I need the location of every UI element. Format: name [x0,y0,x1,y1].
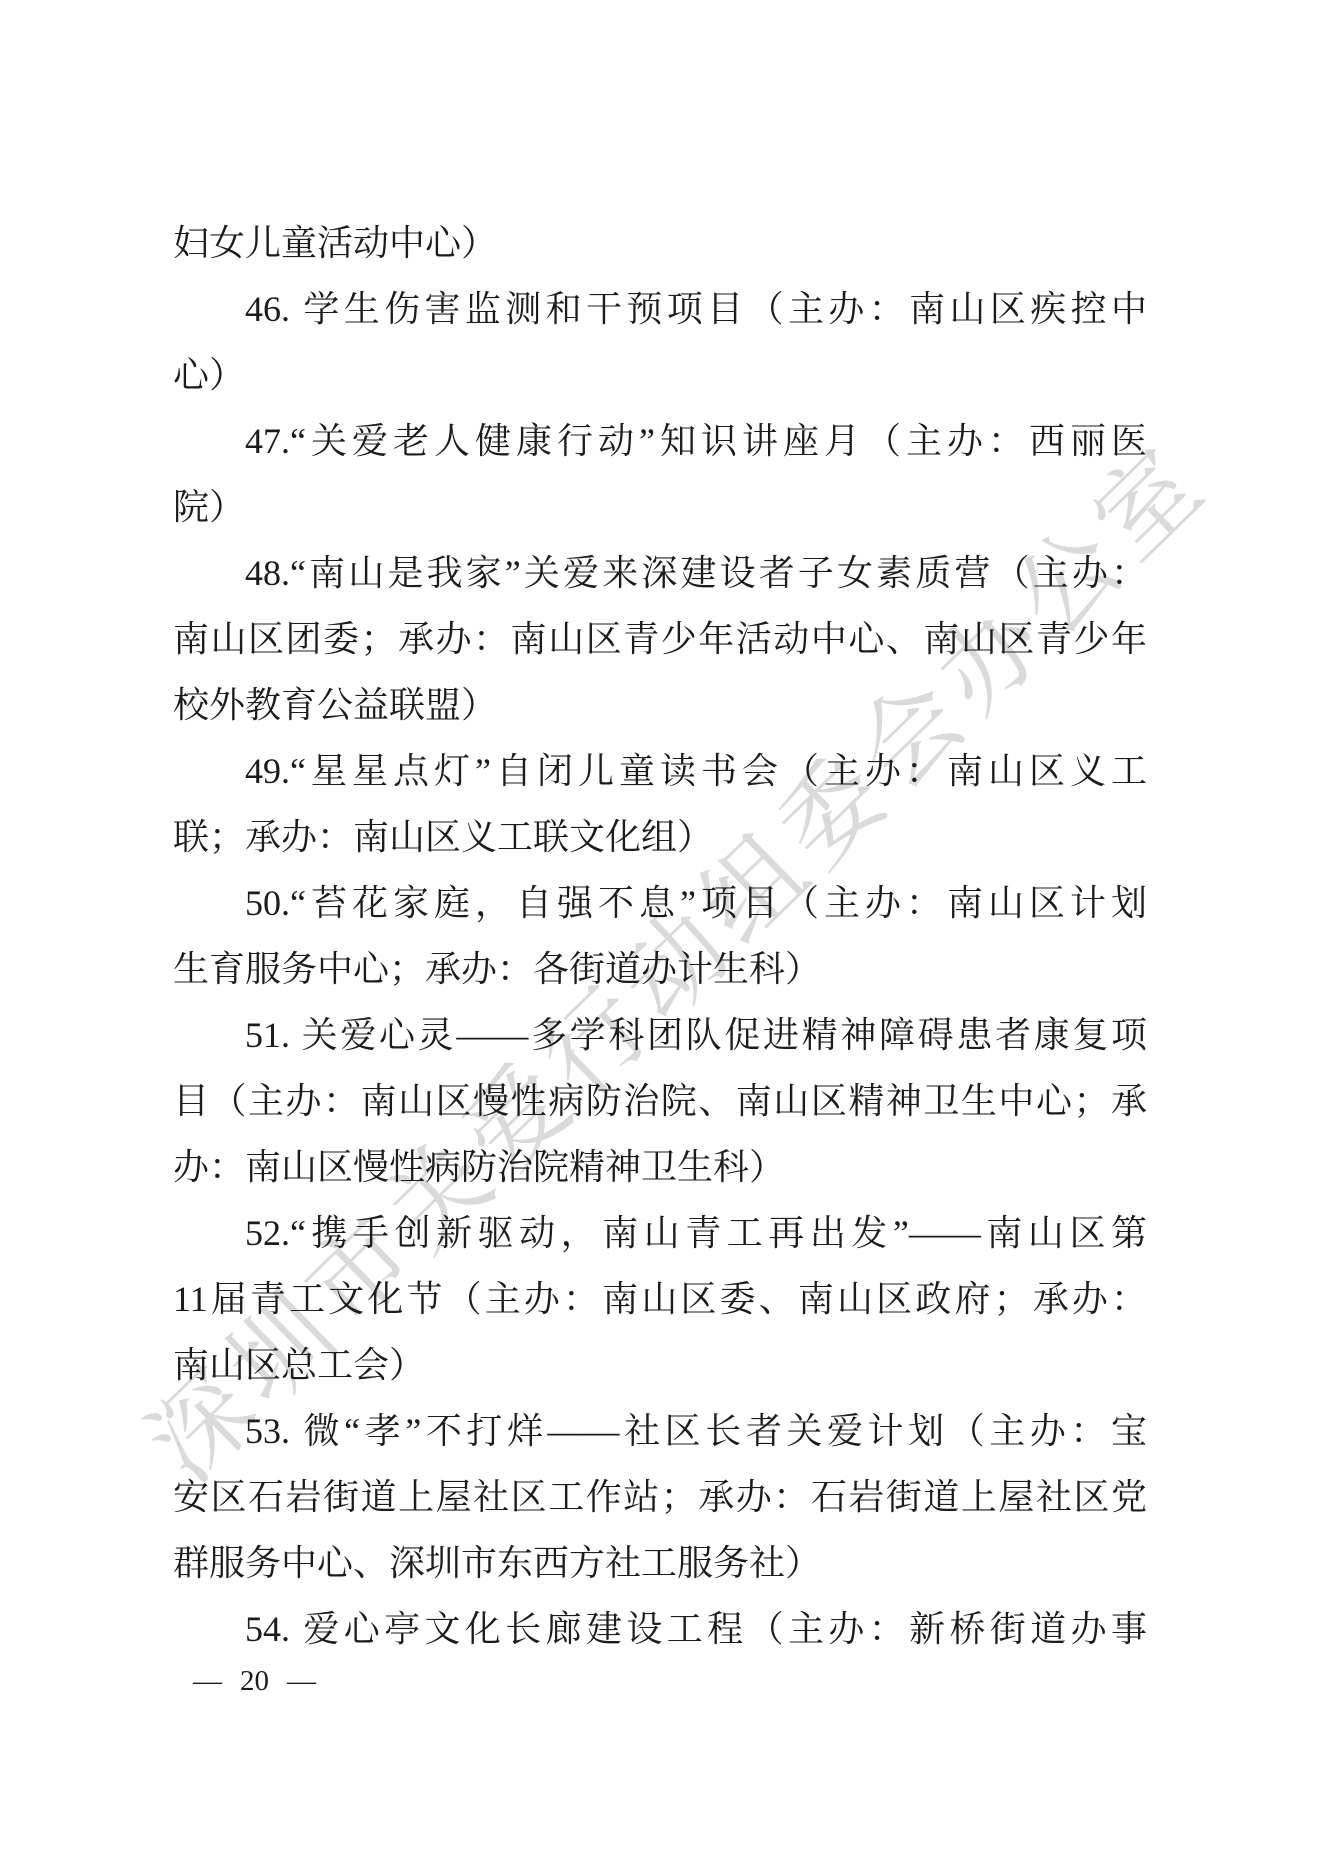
document-page: 深圳市关爱行动组委会办公室 妇女儿童活动中心）46. 学生伤害监测和干预项目（主… [0,0,1323,1871]
text-line: 妇女儿童活动中心） [173,210,1147,276]
text-line: 心） [173,342,1147,408]
text-line: 51. 关爱心灵——多学科团队促进精神障碍患者康复项 [173,1002,1147,1068]
text-line: 46. 学生伤害监测和干预项目（主办：南山区疾控中 [173,276,1147,342]
text-line: 53. 微“孝”不打烊——社区长者关爱计划（主办：宝 [173,1398,1147,1464]
text-line: 目（主办：南山区慢性病防治院、南山区精神卫生中心；承 [173,1068,1147,1134]
text-line: 47.“关爱老人健康行动”知识讲座月（主办：西丽医 [173,408,1147,474]
text-line: 48.“南山是我家”关爱来深建设者子女素质营（主办： [173,540,1147,606]
text-line: 院） [173,474,1147,540]
footer-right-dash: — [287,1664,316,1698]
text-line: 南山区团委；承办：南山区青少年活动中心、南山区青少年 [173,606,1147,672]
text-line: 54. 爱心亭文化长廊建设工程（主办：新桥街道办事 [173,1596,1147,1662]
page-footer: — 20 — [193,1664,316,1698]
text-line: 南山区总工会） [173,1332,1147,1398]
text-line: 49.“星星点灯”自闭儿童读书会（主办：南山区义工 [173,738,1147,804]
text-line: 安区石岩街道上屋社区工作站；承办：石岩街道上屋社区党 [173,1464,1147,1530]
document-body: 妇女儿童活动中心）46. 学生伤害监测和干预项目（主办：南山区疾控中心）47.“… [173,210,1147,1662]
footer-left-dash: — [193,1664,222,1698]
text-line: 群服务中心、深圳市东西方社工服务社） [173,1530,1147,1596]
page-number: 20 [240,1664,269,1698]
text-line: 生育服务中心；承办：各街道办计生科） [173,936,1147,1002]
text-line: 52.“携手创新驱动，南山青工再出发”——南山区第 [173,1200,1147,1266]
text-line: 校外教育公益联盟） [173,672,1147,738]
text-line: 联；承办：南山区义工联文化组） [173,804,1147,870]
text-line: 50.“苔花家庭，自强不息”项目（主办：南山区计划 [173,870,1147,936]
text-line: 11届青工文化节（主办：南山区委、南山区政府；承办： [173,1266,1147,1332]
text-line: 办：南山区慢性病防治院精神卫生科） [173,1134,1147,1200]
